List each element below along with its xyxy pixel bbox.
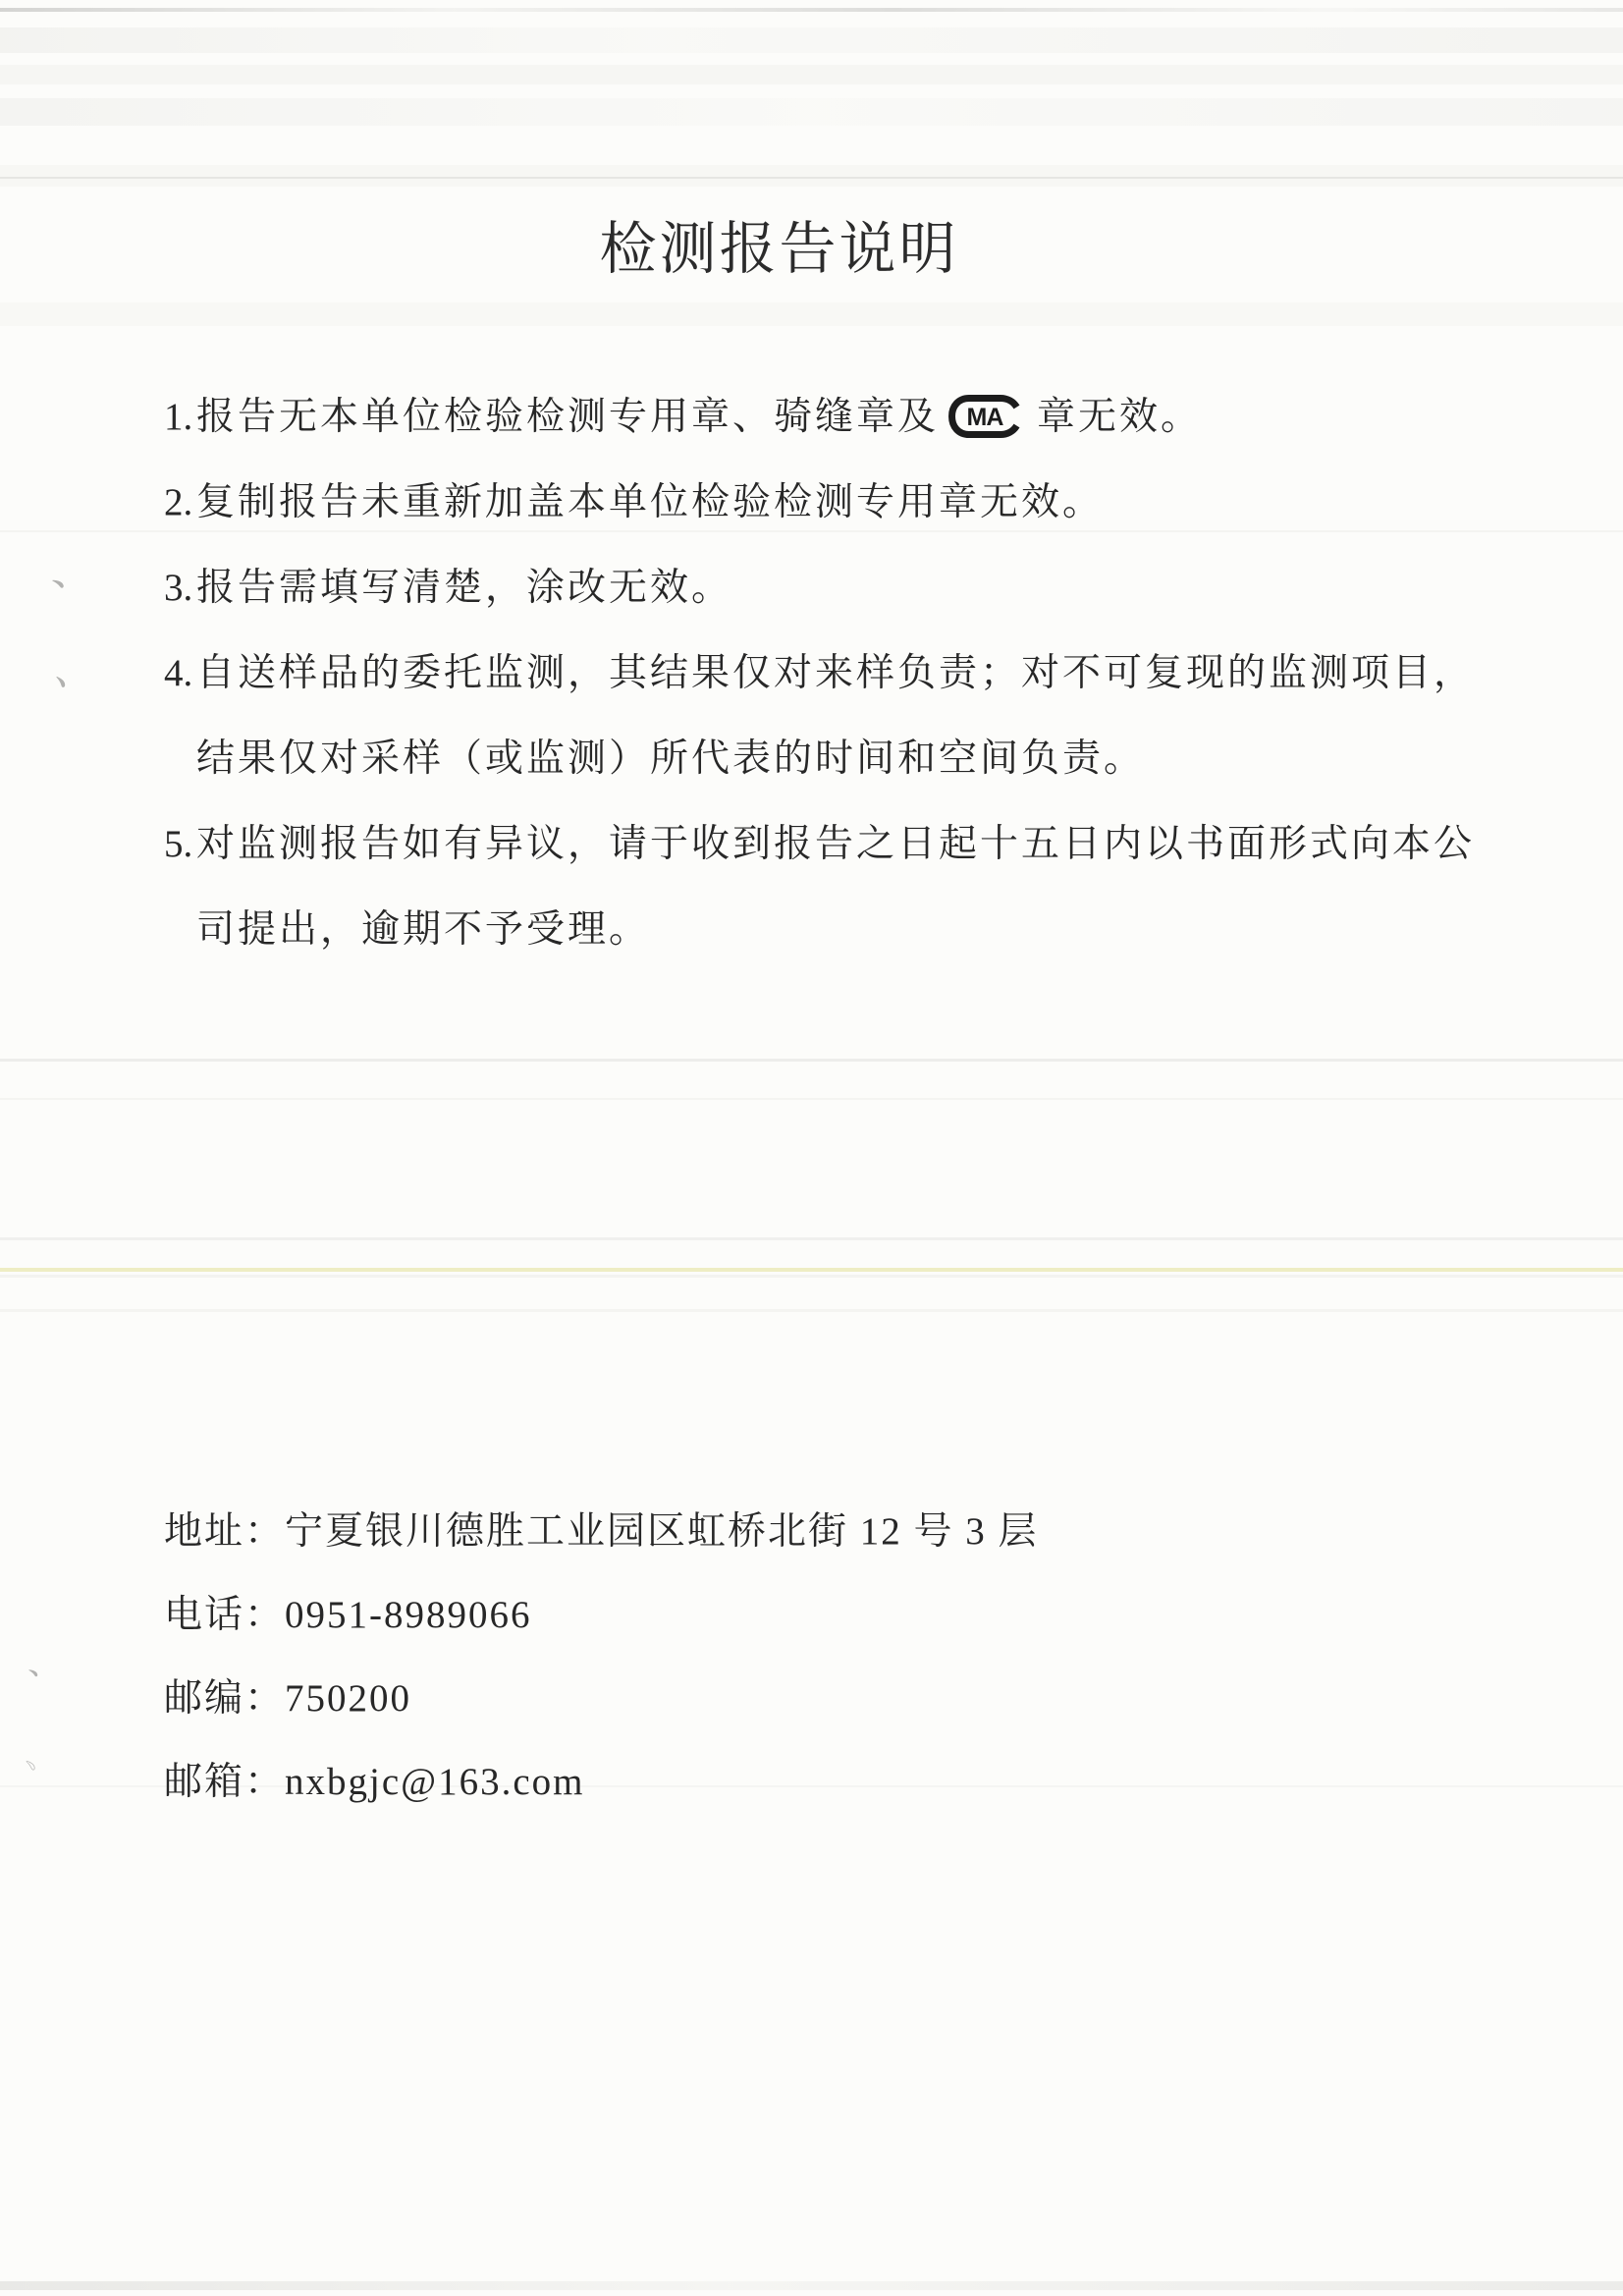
contact-label: 地址： (164, 1510, 285, 1553)
contact-email: 邮箱：nxbgjc@163.com (164, 1740, 1039, 1824)
list-item-1: 1.报告无本单位检验检测专用章、骑缝章及MA章无效。 (164, 374, 1475, 460)
scan-band-yellow (0, 1268, 1623, 1272)
contact-label: 邮编： (164, 1677, 285, 1720)
list-item-2: 2.复制报告未重新加盖本单位检验检测专用章无效。 (164, 460, 1475, 545)
scan-band (0, 177, 1623, 179)
scan-band (0, 65, 1623, 84)
item-text: 报告需填写清楚，涂改无效。 (196, 567, 732, 609)
contact-value: nxbgjc@163.com (285, 1761, 584, 1803)
scanned-document-page: ﹅ ﹅ ﹅ ﹆ 检测报告说明 1.报告无本单位检验检测专用章、骑缝章及MA章无效… (0, 0, 1623, 2296)
scan-band (0, 27, 1623, 53)
svg-text:MA: MA (967, 404, 1004, 431)
item-text: 对监测报告如有异议，请于收到报告之日起十五日内以书面形式向本公 (196, 823, 1475, 865)
contact-value: 750200 (285, 1677, 411, 1720)
contact-address: 地址：宁夏银川德胜工业园区虹桥北街 12 号 3 层 (164, 1490, 1039, 1573)
page-title: 检测报告说明 (0, 202, 1591, 285)
scan-band (0, 1309, 1623, 1312)
item-number: 5. (164, 801, 192, 887)
contact-label: 电话： (164, 1594, 285, 1636)
scan-band (0, 1059, 1623, 1062)
list-item-5: 5.对监测报告如有异议，请于收到报告之日起十五日内以书面形式向本公 (164, 801, 1475, 887)
item-text: 司提出，逾期不予受理。 (196, 908, 650, 951)
list-item-5-continued: 司提出，逾期不予受理。 (164, 887, 1475, 972)
scan-band (0, 2281, 1623, 2290)
scan-speck: ﹅ (27, 1667, 40, 1680)
scan-speck: ﹅ (52, 675, 69, 691)
list-item-4-continued: 结果仅对采样（或监测）所代表的时间和空间负责。 (164, 716, 1475, 801)
scan-band (0, 302, 1623, 326)
scan-band (0, 1237, 1623, 1240)
scan-band (0, 8, 1623, 12)
item-number: 2. (164, 460, 192, 545)
scan-speck: ﹅ (49, 575, 67, 593)
scan-band (0, 98, 1623, 126)
contact-zipcode: 邮编：750200 (164, 1657, 1039, 1740)
instruction-list: 1.报告无本单位检验检测专用章、骑缝章及MA章无效。 2.复制报告未重新加盖本单… (164, 374, 1475, 972)
item-number: 4. (164, 630, 192, 716)
contact-label: 邮箱： (164, 1761, 285, 1803)
item-text: 结果仅对采样（或监测）所代表的时间和空间负责。 (196, 738, 1145, 780)
scan-band (0, 165, 1623, 187)
scan-band (0, 1098, 1623, 1100)
item-text: 复制报告未重新加盖本单位检验检测专用章无效。 (196, 481, 1104, 523)
contact-value: 宁夏银川德胜工业园区虹桥北街 12 号 3 层 (285, 1510, 1039, 1553)
scan-band (0, 1275, 1623, 1278)
list-item-3: 3.报告需填写清楚，涂改无效。 (164, 545, 1475, 630)
contact-value: 0951-8989066 (285, 1594, 532, 1636)
item-number: 1. (164, 374, 192, 460)
item-text: 自送样品的委托监测，其结果仅对来样负责；对不可复现的监测项目， (196, 652, 1475, 694)
scan-speck: ﹆ (24, 1760, 37, 1774)
item-text: 报告无本单位检验检测专用章、骑缝章及 (196, 396, 939, 438)
list-item-4: 4.自送样品的委托监测，其结果仅对来样负责；对不可复现的监测项目， (164, 630, 1475, 716)
item-number: 3. (164, 545, 192, 630)
cma-mark-icon: MA (948, 395, 1027, 438)
item-text: 章无效。 (1037, 396, 1202, 438)
contact-block: 地址：宁夏银川德胜工业园区虹桥北街 12 号 3 层 电话：0951-89890… (164, 1490, 1039, 1824)
contact-phone: 电话：0951-8989066 (164, 1573, 1039, 1657)
